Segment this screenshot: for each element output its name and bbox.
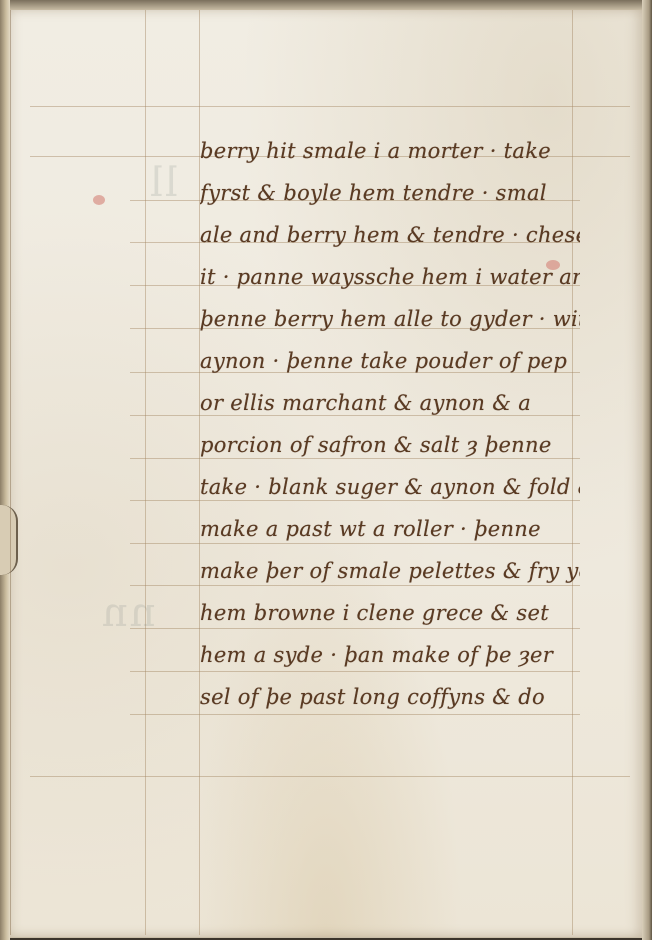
ruling-line bbox=[30, 106, 630, 107]
ruling-line bbox=[10, 10, 11, 935]
binding-tab bbox=[0, 505, 18, 575]
manuscript-line: hem browne i clene grece & set bbox=[200, 592, 580, 634]
manuscript-line: or ellis marchant & aynon & a bbox=[200, 382, 580, 424]
ruling-line bbox=[145, 10, 146, 935]
bleed-through-text: nn bbox=[100, 590, 156, 636]
binding-edge bbox=[0, 0, 10, 940]
page-fore-edge bbox=[642, 0, 652, 940]
manuscript-text-block: berry hit smale i a morter · take fyrst … bbox=[200, 130, 580, 718]
manuscript-line: it · panne wayssche hem i water and bbox=[200, 256, 580, 298]
manuscript-line: hem a syde · þan make of þe ȝer bbox=[200, 634, 580, 676]
ruling-line bbox=[30, 776, 630, 777]
manuscript-line: make a past wt a roller · þenne bbox=[200, 508, 580, 550]
manuscript-line: fyrst & boyle hem tendre · smal bbox=[200, 172, 580, 214]
manuscript-line: berry hit smale i a morter · take bbox=[200, 130, 580, 172]
manuscript-line: porcion of safron & salt ȝ þenne bbox=[200, 424, 580, 466]
red-stain bbox=[93, 195, 105, 205]
manuscript-line: sel of þe past long coffyns & do bbox=[200, 676, 580, 718]
manuscript-line: aynon · þenne take pouder of pep bbox=[200, 340, 580, 382]
manuscript-line: make þer of smale pelettes & fry ye bbox=[200, 550, 580, 592]
manuscript-line: ale and berry hem & tendre · chese bbox=[200, 214, 580, 256]
manuscript-line: þenne berry hem alle to gyder · with bbox=[200, 298, 580, 340]
page-top-edge bbox=[0, 0, 652, 10]
manuscript-line: take · blank suger & aynon & fold & bbox=[200, 466, 580, 508]
bleed-through-text: ll bbox=[148, 160, 178, 206]
manuscript-folio: ll nn berry hit smale i a morter · take … bbox=[0, 0, 652, 940]
